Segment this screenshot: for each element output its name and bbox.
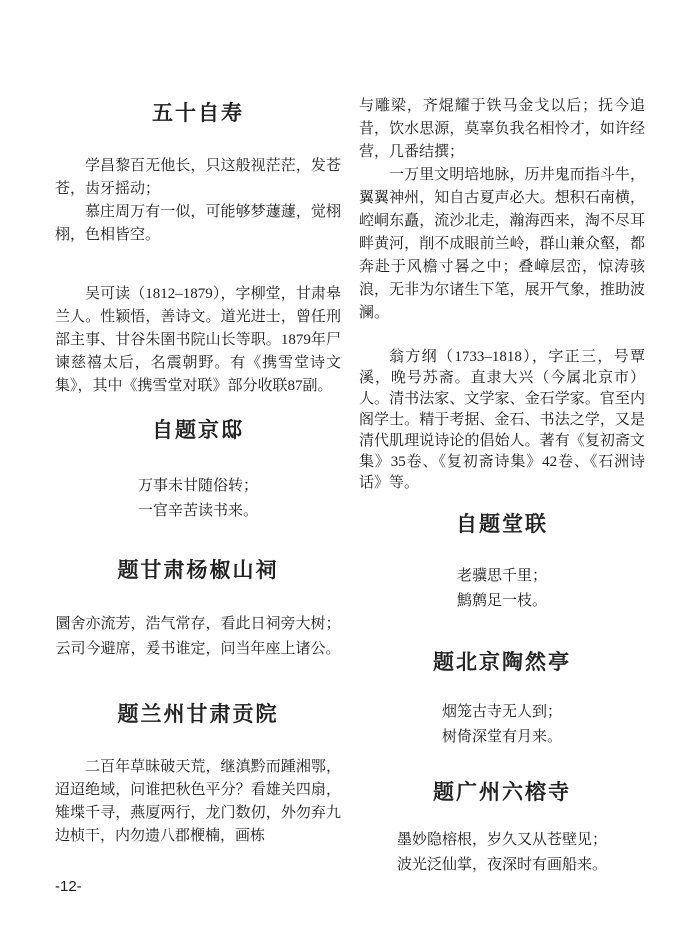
couplet-yangjiaoshan: 圜舍亦流芳，浩气常存，看此日祠旁大树； 云司今避席，爰书谁定，问当年座上诸公。	[55, 612, 341, 662]
section-heading-liurongsi: 题广州六榕寺	[359, 778, 645, 808]
couplet-line: 万事未甘随俗转；	[55, 474, 341, 499]
page-number: -12-	[55, 878, 82, 895]
couplet-tanglian: 老骥思千里； 鹪鹩足一枝。	[359, 564, 645, 614]
section-heading-gansu-gongyuan: 题兰州甘肃贡院	[55, 700, 341, 730]
section-heading-ziti-jingdi: 自题京邸	[55, 416, 341, 446]
couplet-jingdi: 万事未甘随俗转； 一官辛苦读书来。	[55, 474, 341, 524]
right-column: 与雕梁，齐焜耀于铁马金戈以后；抚今追昔，饮水思源，莫辜负我名相怜才，如许经营，几…	[359, 95, 645, 878]
two-column-layout: 五十自寿 学昌黎百无他长，只这般视茫茫，发苍苍，齿牙摇动； 慕庄周万有一似，可能…	[0, 0, 700, 878]
couplet-line: 云司今避席，爰书谁定，问当年座上诸公。	[55, 637, 341, 662]
book-page: 五十自寿 学昌黎百无他长，只这般视茫茫，发苍苍，齿牙摇动； 慕庄周万有一似，可能…	[0, 0, 700, 950]
couplet-line: 鹪鹩足一枝。	[359, 589, 645, 614]
section-heading-ziti-tanglian: 自题堂联	[359, 510, 645, 540]
couplet-line: 圜舍亦流芳，浩气常存，看此日祠旁大树；	[55, 612, 341, 637]
couplet-paragraph-upper: 学昌黎百无他长，只这般视茫茫，发苍苍，齿牙摇动；	[55, 155, 341, 201]
couplet-line: 老骥思千里；	[359, 564, 645, 589]
couplet-line: 墨妙隐榕根，岁久又从苍壁见；	[359, 828, 645, 853]
couplet-taoranting: 烟笼古寺无人到； 树倚深堂有月来。	[359, 700, 645, 750]
couplet-line: 树倚深堂有月来。	[359, 725, 645, 750]
couplet-line: 烟笼古寺无人到；	[359, 700, 645, 725]
couplet-paragraph-gongyuan-upper-part2: 与雕梁，齐焜耀于铁马金戈以后；抚今追昔，饮水思源，莫辜负我名相怜才，如许经营，几…	[359, 95, 645, 164]
couplet-liurongsi: 墨妙隐榕根，岁久又从苍壁见； 波光泛仙掌，夜深时有画船来。	[359, 828, 645, 878]
author-bio-wukedu: 吴可读（1812–1879），字柳堂，甘肃皋兰人。性颖悟，善诗文。道光进士，曾任…	[55, 283, 341, 398]
left-column: 五十自寿 学昌黎百无他长，只这般视茫茫，发苍苍，齿牙摇动； 慕庄周万有一似，可能…	[55, 95, 341, 878]
couplet-line: 一官辛苦读书来。	[55, 499, 341, 524]
section-heading-yangjiaoshan-ci: 题甘肃杨椒山祠	[55, 556, 341, 586]
section-heading-wushi-zishou: 五十自寿	[55, 99, 341, 129]
couplet-paragraph-gongyuan-upper-part1: 二百年草昧破天荒，继滇黔而踵湘鄂，迢迢绝域，问谁把秋色平分？看雄关四扇，雉堞千寻…	[55, 756, 341, 848]
author-bio-wengfanggang: 翁方纲（1733–1818），字正三，号覃溪，晚号苏斋。直隶大兴（今属北京市）人…	[359, 347, 645, 494]
couplet-paragraph-lower: 慕庄周万有一似，可能够梦蘧蘧，觉栩栩，色相皆空。	[55, 201, 341, 247]
section-heading-taoranting: 题北京陶然亭	[359, 648, 645, 678]
couplet-line: 波光泛仙掌，夜深时有画船来。	[359, 853, 645, 878]
couplet-paragraph-gongyuan-lower: 一万里文明培地脉，历井鬼而指斗牛，翼翼神州，知自古夏声必大。想积石南横，崆峒东矗…	[359, 164, 645, 325]
